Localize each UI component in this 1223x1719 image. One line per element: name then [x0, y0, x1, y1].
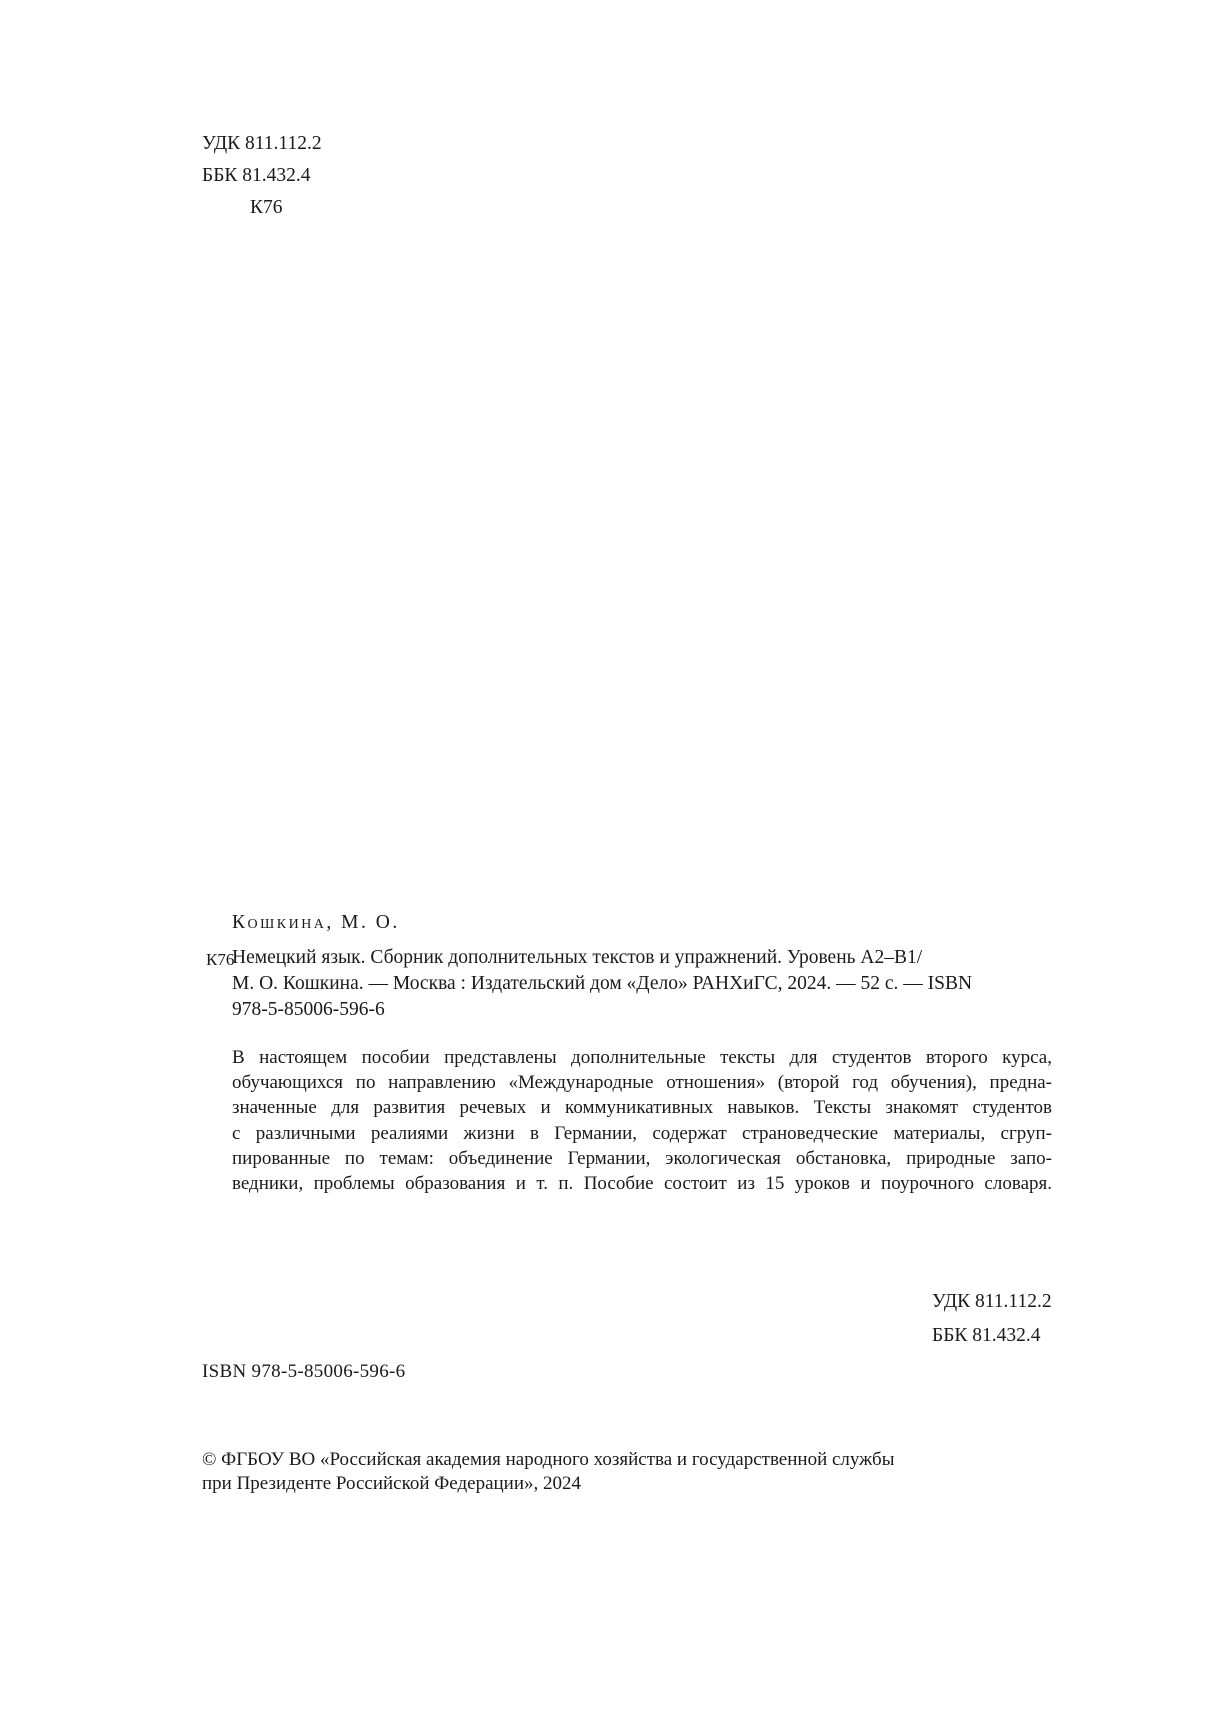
bibliographic-line: 978-5-85006-596-6 [232, 999, 385, 1021]
author-heading: Кошкина, М. О. [232, 912, 400, 934]
bibliographic-line: М. О. Кошкина. — Москва : Издательский д… [232, 973, 972, 995]
isbn: ISBN 978-5-85006-596-6 [202, 1361, 405, 1383]
abstract-line: В настоящем пособии представлены дополни… [232, 1045, 1052, 1070]
bbk-code-top: ББК 81.432.4 [202, 166, 311, 186]
abstract-line: значенные для развития речевых и коммуни… [232, 1095, 1052, 1120]
udk-code-top: УДК 811.112.2 [202, 134, 322, 154]
udk-code-bottom: УДК 811.112.2 [932, 1292, 1052, 1312]
bibliographic-line: Немецкий язык. Сборник дополнительных те… [232, 947, 922, 969]
author-mark: К76 [206, 950, 234, 970]
abstract-paragraph: В настоящем пособии представлены дополни… [232, 1045, 1052, 1196]
bbk-code-bottom: ББК 81.432.4 [932, 1326, 1041, 1346]
abstract-line: с различными реалиями жизни в Германии, … [232, 1121, 1052, 1146]
abstract-line: обучающихся по направлению «Международны… [232, 1070, 1052, 1095]
abstract-line: пированные по темам: объединение Германи… [232, 1146, 1052, 1171]
author-mark-top: К76 [250, 198, 283, 218]
abstract-line: ведники, проблемы образования и т. п. По… [232, 1171, 1052, 1196]
copyright-line: © ФГБОУ ВО «Российская академия народног… [202, 1449, 894, 1471]
copyright-line: при Президенте Российской Федерации», 20… [202, 1473, 581, 1495]
